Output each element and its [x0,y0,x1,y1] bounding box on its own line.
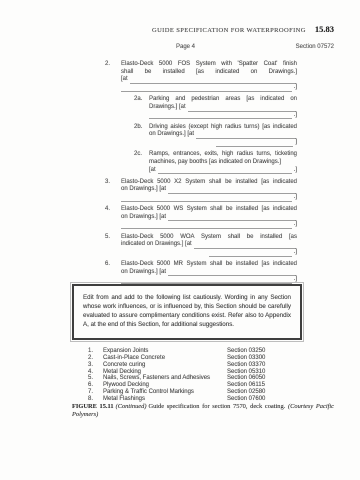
blank-prefix-text: on Drawings.] [at [121,186,166,194]
blank-prefix-text: [at [149,167,156,175]
related-section-row: 7.Parking & Traffic Control MarkingsSect… [88,389,335,396]
related-section-ref: Section 03250 [227,348,335,355]
spec-item: 2c.Ramps, entrances, exits, high radius … [134,151,297,174]
blank-suffix-text: ] [295,139,297,147]
blank-underline [209,250,292,257]
blank-prefix-text: on Drawings.] [at [121,269,166,277]
figure-caption: FIGURE 15.11(Continued)Guide specificati… [72,403,334,419]
figure-caption-continued: (Continued) [116,403,147,410]
blank-prefix-text: on Drawings.] [at [149,131,194,139]
page-number: 15.83 [315,24,334,34]
blank-underline [121,85,292,92]
blank-suffix-text: .] [294,249,297,257]
subheader-row: Page 4 Section 07572 [0,44,360,52]
scanned-document-page: GUIDE SPECIFICATION FOR WATERPROOFING 15… [0,0,360,480]
blank-prefix-text: on Drawings.] [at [121,214,166,222]
related-section-ref: Section 02580 [227,389,335,396]
related-section-label: Concrete curing [103,362,227,369]
blank-underline [168,270,296,277]
fill-in-blank-row: .] [121,84,297,92]
related-section-label: Expansion Joints [103,348,227,355]
blank-suffix-text: .] [294,194,297,202]
spec-item-number: 2b. [134,124,142,132]
related-section-label: Metal Flashings [103,396,227,403]
blank-underline [121,195,292,202]
section-label: Section 07572 [296,44,334,50]
related-section-label: Cast-in-Place Concrete [103,355,227,362]
related-sections-list: 1.Expansion JointsSection 032502.Cast-in… [88,348,335,403]
blank-suffix-text: .] [294,276,297,284]
edit-note-text: Edit from and add to the following list … [83,293,291,329]
related-section-row: 1.Expansion JointsSection 03250 [88,348,335,355]
fill-in-blank-row: indicated on Drawings.] [at [121,241,297,249]
spec-item-number: 2a. [134,96,142,104]
spec-item-text-line: Elasto-Deck 5000 MR System shall be inst… [121,261,297,269]
related-section-number: 1. [88,348,103,355]
blank-suffix-text: .] [294,221,297,229]
blank-suffix-text: .] [294,167,297,175]
related-section-number: 7. [88,389,103,396]
blank-underline [188,105,296,112]
spec-item-text-line: Ramps, entrances, exits, high radius tur… [149,151,297,159]
blank-underline [196,133,296,140]
related-section-row: 3.Concrete curingSection 03370 [88,362,335,369]
related-section-row: 8.Metal FlashingsSection 07600 [88,396,335,403]
spec-item-number: 4. [105,206,110,214]
blank-underline [194,242,296,249]
fill-in-blank-row: Drawings.] [at [149,104,297,112]
related-section-number: 3. [88,362,103,369]
blank-suffix-text: .] [294,84,297,92]
blank-underline [216,140,294,147]
spec-item-number: 3. [105,179,110,187]
fill-in-blank-row: .] [121,194,297,202]
page-label: Page 4 [176,44,195,50]
related-section-number: 8. [88,396,103,403]
related-section-ref: Section 03300 [227,355,335,362]
figure-caption-text: Guide specification for section 7570, de… [148,403,285,410]
spec-item-number: 2c. [134,151,142,159]
related-section-row: 2.Cast-in-Place ConcreteSection 03300 [88,355,335,362]
spec-item-number: 5. [105,234,110,242]
spec-item-text-line: Parking and pedestrian areas [as indicat… [149,96,297,104]
spec-item-text-line: Elasto-Deck 5000 WS System shall be inst… [121,206,297,214]
fill-in-blank-row: on Drawings.] [at [121,186,297,194]
spec-item: 5.Elasto-Deck 5000 WOA System shall be i… [105,234,297,257]
related-section-number: 2. [88,355,103,362]
spec-item-text-line: Elasto-Deck 5000 FOS System with 'Spatte… [121,61,297,69]
spec-item-number: 6. [105,261,110,269]
fill-in-blank-row: on Drawings.] [at [121,214,297,222]
running-header: GUIDE SPECIFICATION FOR WATERPROOFING 15… [152,24,334,34]
fill-in-blank-row: .] [149,112,297,120]
spec-items-area: 2.Elasto-Deck 5000 FOS System with 'Spat… [105,61,297,288]
fill-in-blank-row: .] [121,276,297,284]
blank-underline [168,187,296,194]
related-section-label: Parking & Traffic Control Markings [103,389,227,396]
blank-underline [158,168,292,175]
related-section-ref: Section 03370 [227,362,335,369]
fill-in-blank-row: ] [216,139,297,147]
blank-prefix-text: [at [121,76,128,84]
edit-note-box: Edit from and add to the following list … [72,284,302,340]
blank-suffix-text: .] [294,112,297,120]
spec-item: 6.Elasto-Deck 5000 MR System shall be in… [105,261,297,284]
fill-in-blank-row: on Drawings.] [at [121,269,297,277]
figure-caption-label: FIGURE 15.11 [72,403,114,410]
spec-item: 2b.Driving aisles (except high radius tu… [134,124,297,147]
spec-item: 2.Elasto-Deck 5000 FOS System with 'Spat… [105,61,297,92]
blank-prefix-text: Drawings.] [at [149,104,186,112]
fill-in-blank-row: .] [209,249,297,257]
fill-in-blank-row: [at [121,76,297,84]
running-title: GUIDE SPECIFICATION FOR WATERPROOFING [152,27,306,34]
spec-item-text-line: machines, pay booths [as indicated on Dr… [149,159,297,167]
spec-item: 2a.Parking and pedestrian areas [as indi… [134,96,297,119]
blank-underline [149,113,292,120]
spec-item: 3.Elasto-Deck 5000 X2 System shall be in… [105,179,297,202]
fill-in-blank-row: [at.] [149,167,297,175]
fill-in-blank-row: .] [121,221,297,229]
spec-item: 4.Elasto-Deck 5000 WS System shall be in… [105,206,297,229]
spec-item-text-line: shall be installed [as indicated on Draw… [121,69,297,77]
fill-in-blank-row: on Drawings.] [at [149,131,297,139]
blank-underline [168,215,296,222]
blank-prefix-text: indicated on Drawings.] [at [121,241,192,249]
spec-item-number: 2. [105,61,110,69]
related-section-ref: Section 07600 [227,396,335,403]
blank-underline [130,78,296,85]
blank-underline [121,223,292,230]
